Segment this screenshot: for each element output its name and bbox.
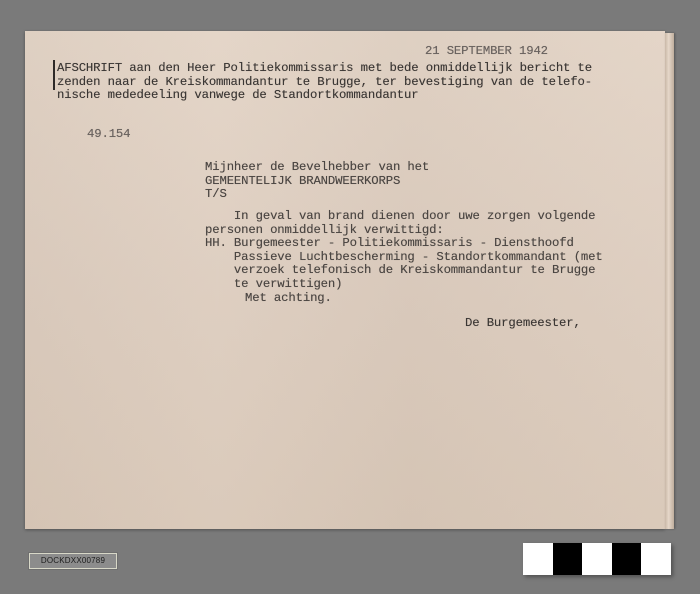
afschrift-line: AFSCHRIFT aan den Heer Politiekommissari… <box>57 62 592 76</box>
scale-segment <box>553 543 583 575</box>
document-date: 21 SEPTEMBER 1942 <box>425 45 548 59</box>
archive-id-label: DOCKDXX00789 <box>29 553 117 569</box>
scale-segment <box>582 543 612 575</box>
scale-segment <box>641 543 671 575</box>
reference-number: 49.154 <box>87 128 130 142</box>
scale-segment <box>612 543 642 575</box>
color-scale-bar <box>523 543 671 575</box>
addressee-line: GEMEENTELIJK BRANDWEERKORPS <box>205 175 429 189</box>
body-line: Passieve Luchtbescherming - Standortkomm… <box>205 251 603 265</box>
margin-mark <box>53 60 55 90</box>
paper-edge <box>665 33 674 529</box>
body-line: HH. Burgemeester - Politiekommissaris - … <box>205 237 603 251</box>
body-line: In geval van brand dienen door uwe zorge… <box>205 210 603 224</box>
signature-line: De Burgemeester, <box>465 317 581 331</box>
afschrift-paragraph: AFSCHRIFT aan den Heer Politiekommissari… <box>57 62 592 103</box>
body-paragraph: In geval van brand dienen door uwe zorge… <box>205 210 603 291</box>
addressee-line: T/S <box>205 188 429 202</box>
body-line: te verwittigen) <box>205 278 603 292</box>
afschrift-line: nische mededeeling vanwege de Standortko… <box>57 89 592 103</box>
addressee-line: Mijnheer de Bevelhebber van het <box>205 161 429 175</box>
scale-segment <box>523 543 553 575</box>
afschrift-line: zenden naar de Kreiskommandantur te Brug… <box>57 76 592 90</box>
body-line: verzoek telefonisch de Kreiskommandantur… <box>205 264 603 278</box>
document-page: 21 SEPTEMBER 1942 AFSCHRIFT aan den Heer… <box>25 31 665 529</box>
closing-salutation: Met achting. <box>245 292 332 306</box>
body-line: personen onmiddellijk verwittigd: <box>205 224 603 238</box>
addressee-block: Mijnheer de Bevelhebber van hetGEMEENTEL… <box>205 161 429 202</box>
